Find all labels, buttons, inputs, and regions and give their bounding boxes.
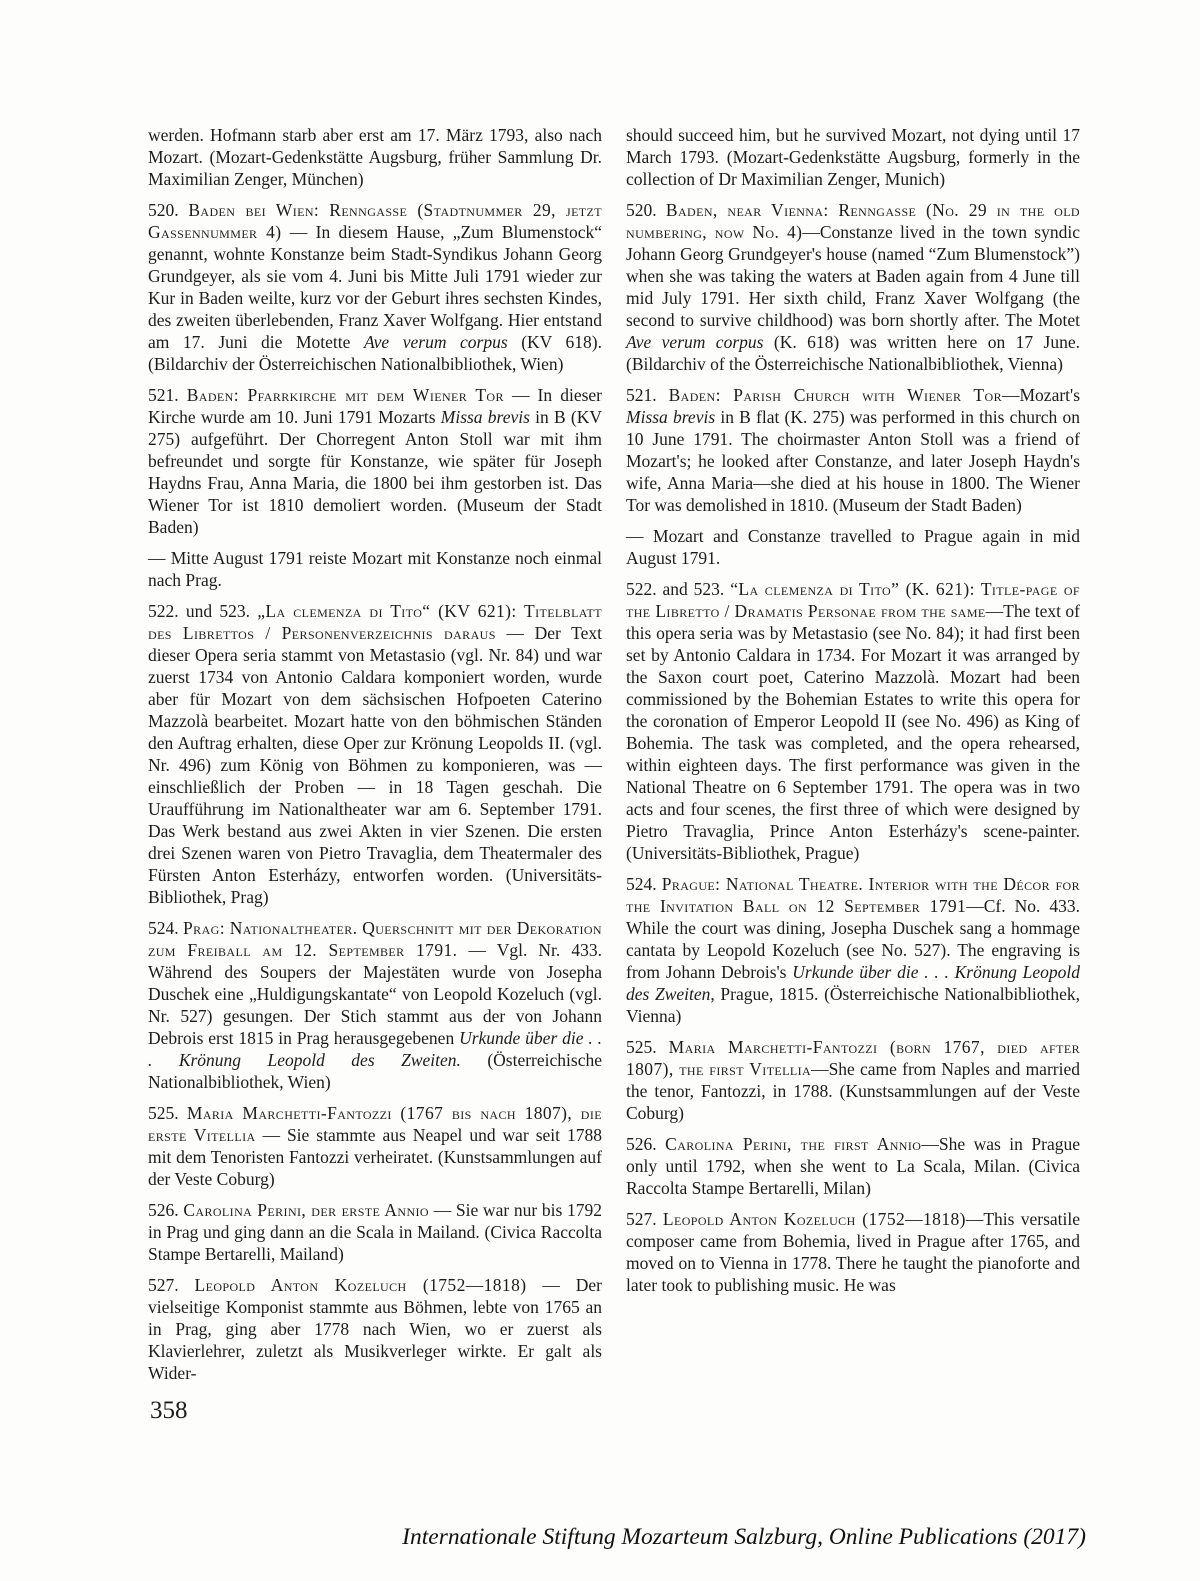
text-segment: Carolina Perini, der erste Annio: [183, 1200, 429, 1220]
entry-522-523-en: 522. and 523. “La clemenza di Tito” (K. …: [626, 578, 1080, 864]
text-segment: 525.: [148, 1103, 187, 1123]
text-segment: Leopold Anton Kozeluch (1752—1818): [195, 1275, 527, 1295]
text-segment: 526.: [148, 1200, 183, 1220]
book-page: werden. Hofmann starb aber erst am 17. M…: [0, 0, 1200, 1581]
footer-credit: Internationale Stiftung Mozarteum Salzbu…: [402, 1522, 1086, 1552]
entry-522-523-de: 522. und 523. „La clemenza di Tito“ (KV …: [148, 600, 602, 908]
entry-527-en: 527. Leopold Anton Kozeluch (1752—1818)—…: [626, 1208, 1080, 1296]
text-segment: 525.: [626, 1037, 669, 1057]
text-segment: Missa brevis: [441, 407, 530, 427]
entry-521-note-de: — Mitte August 1791 reiste Mozart mit Ko…: [148, 547, 602, 591]
entry-526-en: 526. Carolina Perini, the first Annio—Sh…: [626, 1133, 1080, 1199]
text-segment: 522. and 523.: [626, 579, 730, 599]
text-segment: — Der Text dieser Opera seria stammt von…: [148, 623, 602, 907]
page-number: 358: [150, 1396, 188, 1426]
entry-525-de: 525. Maria Marchetti-Fantozzi (1767 bis …: [148, 1102, 602, 1190]
text-segment: — Mozart and Constanze travelled to Prag…: [626, 526, 1080, 568]
german-column: werden. Hofmann starb aber erst am 17. M…: [148, 124, 602, 1384]
text-segment: 520.: [626, 200, 666, 220]
text-segment: —The text of this opera seria was by Met…: [626, 601, 1080, 863]
continuation-paragraph-de: werden. Hofmann starb aber erst am 17. M…: [148, 124, 602, 190]
text-segment: werden. Hofmann starb aber erst am 17. M…: [148, 125, 602, 189]
english-column: should succeed him, but he survived Moza…: [626, 124, 1080, 1384]
text-segment: Ave verum corpus: [364, 332, 508, 352]
text-segment: Missa brevis: [626, 407, 715, 427]
entry-520-de: 520. Baden bei Wien: Renngasse (Stadtnum…: [148, 199, 602, 375]
text-segment: 522. und 523.: [148, 601, 257, 621]
text-segment: 520.: [148, 200, 188, 220]
entry-527-de: 527. Leopold Anton Kozeluch (1752—1818) …: [148, 1274, 602, 1384]
entry-524-de: 524. Prag: Nationaltheater. Querschnitt …: [148, 917, 602, 1093]
text-segment: Baden: Pfarrkirche mit dem Wiener Tor: [187, 385, 504, 405]
text-segment: 527.: [626, 1209, 663, 1229]
text-segment: — Mitte August 1791 reiste Mozart mit Ko…: [148, 548, 602, 590]
text-segment: Leopold Anton Kozeluch (1752—1818): [663, 1209, 966, 1229]
text-segment: 521.: [626, 385, 669, 405]
entry-521-note-en: — Mozart and Constanze travelled to Prag…: [626, 525, 1080, 569]
entry-526-de: 526. Carolina Perini, der erste Annio — …: [148, 1199, 602, 1265]
text-segment: 524.: [626, 874, 662, 894]
text-segment: Baden: Parish Church with Wiener Tor: [669, 385, 1002, 405]
entry-524-en: 524. Prague: National Theatre. Interior …: [626, 873, 1080, 1027]
text-segment: Carolina Perini, the first Annio: [665, 1134, 921, 1154]
continuation-paragraph-en: should succeed him, but he survived Moza…: [626, 124, 1080, 190]
text-segment: 524.: [148, 918, 183, 938]
text-segment: 527.: [148, 1275, 195, 1295]
text-segment: Ave verum corpus: [626, 332, 763, 352]
text-segment: 526.: [626, 1134, 665, 1154]
entry-521-en: 521. Baden: Parish Church with Wiener To…: [626, 384, 1080, 516]
text-columns: werden. Hofmann starb aber erst am 17. M…: [148, 124, 1080, 1384]
entry-525-en: 525. Maria Marchetti-Fantozzi (born 1767…: [626, 1036, 1080, 1124]
text-segment: 521.: [148, 385, 187, 405]
entry-521-de: 521. Baden: Pfarrkirche mit dem Wiener T…: [148, 384, 602, 538]
text-segment: —Mozart's: [1002, 385, 1080, 405]
text-segment: should succeed him, but he survived Moza…: [626, 125, 1080, 189]
entry-520-en: 520. Baden, near Vienna: Renngasse (No. …: [626, 199, 1080, 375]
